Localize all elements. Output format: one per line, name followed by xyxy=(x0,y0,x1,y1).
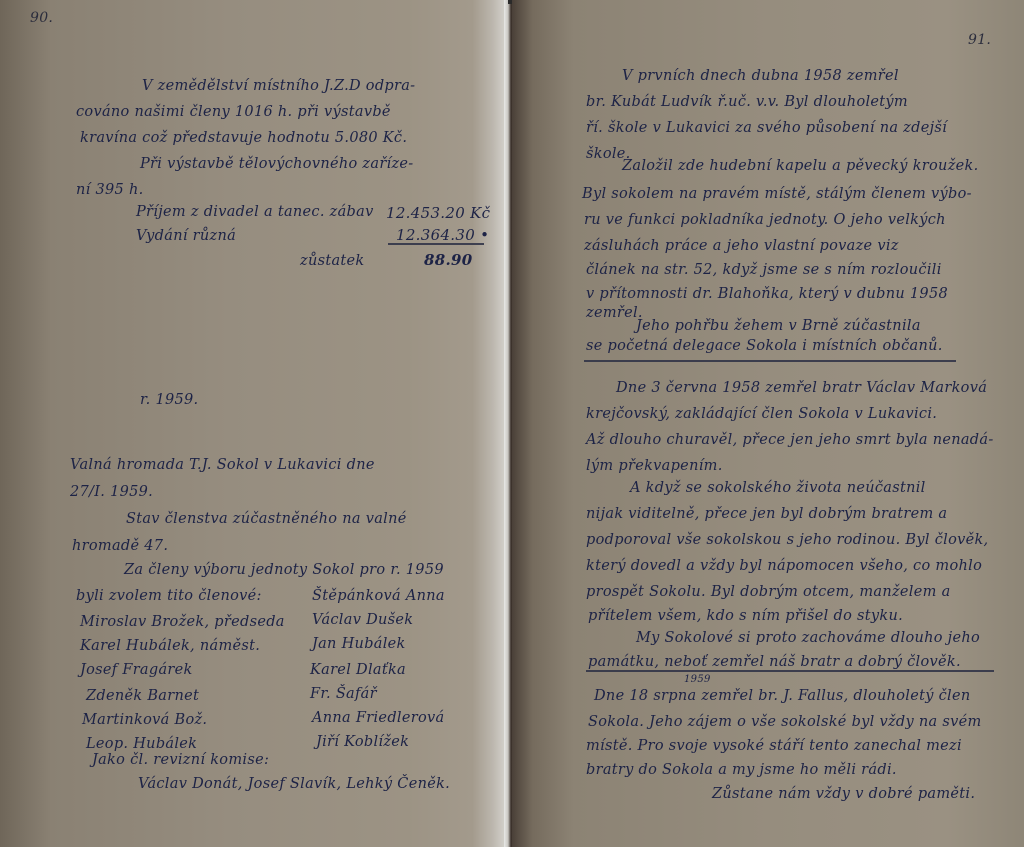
committee-member: Karel Dlaťka xyxy=(310,662,406,678)
balance-label: zůstatek xyxy=(300,253,365,269)
year-heading: r. 1959. xyxy=(140,392,198,408)
text-line: Valná hromada T.J. Sokol v Lukavici dne xyxy=(70,457,375,473)
text-line: 27/I. 1959. xyxy=(70,484,153,500)
text-line: Zůstane nám vždy v dobré paměti. xyxy=(712,786,975,802)
text-line: kravína což představuje hodnotu 5.080 Kč… xyxy=(80,130,407,146)
text-line: byli zvolem tito členové: xyxy=(76,588,262,604)
committee-member: Fr. Šafář xyxy=(310,686,377,702)
text-line: Za členy výboru jednoty Sokol pro r. 195… xyxy=(124,562,444,578)
committee-member: Josef Fragárek xyxy=(80,662,193,678)
committee-member: Václav Dušek xyxy=(312,612,413,628)
income-label: Příjem z divadel a tanec. zábav xyxy=(136,204,374,220)
section-divider xyxy=(586,670,994,672)
text-line: My Sokolové si proto zachováme dlouho je… xyxy=(636,630,980,646)
text-line: br. Kubát Ludvík ř.uč. v.v. Byl dlouhole… xyxy=(586,94,908,110)
text-line: ří. škole v Lukavici za svého působení n… xyxy=(586,120,947,136)
committee-member: Jiří Koblížek xyxy=(316,734,409,750)
section-divider xyxy=(584,360,956,362)
text-line: místě. Pro svoje vysoké stáří tento zane… xyxy=(586,738,962,754)
revision-label: Jako čl. revizní komise: xyxy=(92,752,269,768)
text-line: Až dlouho churavěl, přece jen jeho smrt … xyxy=(586,432,994,448)
text-line: ní 395 h. xyxy=(76,182,144,198)
text-line: zemřel. xyxy=(586,305,643,321)
committee-member: Anna Friedlerová xyxy=(312,710,444,726)
page-number: 90. xyxy=(30,10,53,26)
text-line: Sokola. Jeho zájem o vše sokolské byl vž… xyxy=(588,714,982,730)
text-line: Stav členstva zúčastněného na valné xyxy=(126,511,407,527)
committee-member: Martinková Bož. xyxy=(82,712,207,728)
balance-value: 88.90 xyxy=(424,251,472,269)
committee-member: Miroslav Brožek, předseda xyxy=(80,614,285,630)
expense-label: Vydání různá xyxy=(136,228,236,244)
text-line: A když se sokolského života neúčastnil xyxy=(630,480,926,496)
text-line: v přítomnosti dr. Blahoňka, který v dubn… xyxy=(586,286,948,302)
text-line: ru ve funkci pokladníka jednoty. O jeho … xyxy=(584,212,946,228)
text-line: bratry do Sokola a my jsme ho měli rádi. xyxy=(586,762,897,778)
committee-member: Zdeněk Barnet xyxy=(86,688,199,704)
committee-member: Jan Hubálek xyxy=(312,636,406,652)
text-line: Při výstavbě tělovýchovného zaříze- xyxy=(140,156,414,172)
text-line: Dne 18 srpna zemřel br. J. Fallus, dlouh… xyxy=(594,688,971,704)
text-line: V prvních dnech dubna 1958 zemřel xyxy=(622,68,899,84)
inserted-year: 1959 xyxy=(684,674,711,685)
text-line: nijak viditelně, přece jen byl dobrým br… xyxy=(586,506,947,522)
text-line: Založil zde hudební kapelu a pěvecký kro… xyxy=(622,158,979,174)
text-line: krejčovský, zakládající člen Sokola v Lu… xyxy=(586,406,937,422)
committee-member: Karel Hubálek, náměst. xyxy=(80,638,260,654)
text-line: zásluhách práce a jeho vlastní povaze vi… xyxy=(584,238,899,254)
text-line: Byl sokolem na pravém místě, stálým člen… xyxy=(582,186,972,202)
text-line: přítelem všem, kdo s ním přišel do styku… xyxy=(588,608,903,624)
text-line: prospět Sokolu. Byl dobrým otcem, manžel… xyxy=(586,584,951,600)
text-line: podporoval vše sokolskou s jeho rodinou.… xyxy=(586,532,988,548)
text-line: se početná delegace Sokola i místních ob… xyxy=(586,338,943,354)
text-line: který dovedl a vždy byl nápomocen všeho,… xyxy=(586,558,982,574)
text-line: Dne 3 června 1958 zemřel bratr Václav Ma… xyxy=(616,380,987,396)
sum-rule xyxy=(388,243,484,245)
text-line: článek na str. 52, když jsme se s ním ro… xyxy=(586,262,942,278)
text-line: cováno našimi členy 1016 h. při výstavbě xyxy=(76,104,391,120)
text-line: V zemědělství místního J.Z.D odpra- xyxy=(142,78,415,94)
text-line: památku, neboť zemřel náš bratr a dobrý … xyxy=(588,654,961,670)
text-line: Jeho pohřbu žehem v Brně zúčastnila xyxy=(636,318,921,334)
page-number: 91. xyxy=(968,32,991,48)
committee-member: Leop. Hubálek xyxy=(86,736,197,752)
committee-member: Štěpánková Anna xyxy=(312,588,445,604)
expense-value: 12.364.30 • xyxy=(396,226,489,244)
revision-members: Václav Donát, Josef Slavík, Lehký Čeněk. xyxy=(138,776,450,792)
right-page: 91. V prvních dnech dubna 1958 zemřel br… xyxy=(512,0,1024,847)
left-page: 90. V zemědělství místního J.Z.D odpra- … xyxy=(0,0,508,847)
text-line: lým překvapením. xyxy=(586,458,723,474)
text-line: hromadě 47. xyxy=(72,538,168,554)
income-value: 12.453.20 Kč xyxy=(386,204,490,222)
